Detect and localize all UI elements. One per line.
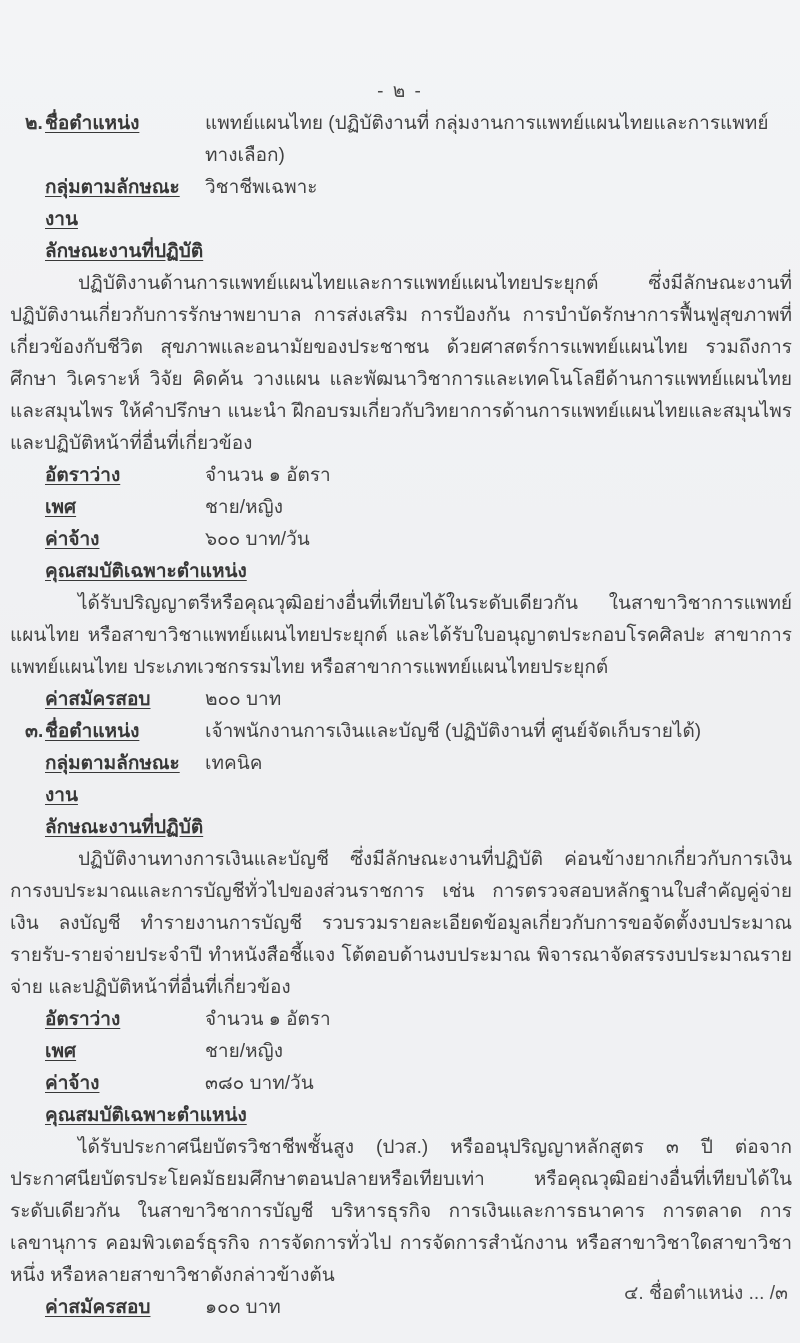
duties-label: ลักษณะงานที่ปฏิบัติ <box>45 236 205 268</box>
qualifications-heading-row: คุณสมบัติเฉพาะตำแหน่ง <box>0 556 800 588</box>
section-number: ๓. <box>25 716 45 748</box>
vacancy-value: จำนวน ๑ อัตรา <box>205 460 792 492</box>
wage-value: ๖๐๐ บาท/วัน <box>205 524 792 556</box>
qualifications-paragraph: ได้รับปริญญาตรีหรือคุณวุฒิอย่างอื่นที่เท… <box>10 588 792 684</box>
duties-label: ลักษณะงานที่ปฏิบัติ <box>45 812 205 844</box>
group-row: กลุ่มตามลักษณะงาน เทคนิค <box>0 748 800 812</box>
vacancy-label: อัตราว่าง <box>45 1004 205 1036</box>
position-section-2: ๒. ชื่อตำแหน่ง แพทย์แผนไทย (ปฏิบัติงานที… <box>0 108 800 716</box>
vacancy-label: อัตราว่าง <box>45 460 205 492</box>
duties-heading-row: ลักษณะงานที่ปฏิบัติ <box>0 236 800 268</box>
qualifications-paragraph: ได้รับประกาศนียบัตรวิชาชีพชั้นสูง (ปวส.)… <box>10 1132 792 1292</box>
position-label: ชื่อตำแหน่ง <box>45 716 205 748</box>
position-row: ๓. ชื่อตำแหน่ง เจ้าพนักงานการเงินและบัญช… <box>0 716 800 748</box>
exam-fee-value: ๒๐๐ บาท <box>205 684 792 716</box>
position-value: เจ้าพนักงานการเงินและบัญชี (ปฏิบัติงานที… <box>205 716 792 748</box>
duties-paragraph: ปฏิบัติงานทางการเงินและบัญชี ซึ่งมีลักษณ… <box>10 844 792 1004</box>
duties-paragraph: ปฏิบัติงานด้านการแพทย์แผนไทยและการแพทย์แ… <box>10 268 792 460</box>
gender-value: ชาย/หญิง <box>205 492 792 524</box>
duties-heading-row: ลักษณะงานที่ปฏิบัติ <box>0 812 800 844</box>
wage-row: ค่าจ้าง ๓๘๐ บาท/วัน <box>0 1068 800 1100</box>
wage-label: ค่าจ้าง <box>45 524 205 556</box>
qualifications-label: คุณสมบัติเฉพาะตำแหน่ง <box>45 556 247 588</box>
group-value: เทคนิค <box>205 748 792 780</box>
position-section-3: ๓. ชื่อตำแหน่ง เจ้าพนักงานการเงินและบัญช… <box>0 716 800 1324</box>
gender-value: ชาย/หญิง <box>205 1036 792 1068</box>
group-value: วิชาชีพเฉพาะ <box>205 172 792 204</box>
page-number: - ๒ - <box>0 76 800 108</box>
wage-label: ค่าจ้าง <box>45 1068 205 1100</box>
vacancy-value: จำนวน ๑ อัตรา <box>205 1004 792 1036</box>
continuation-note: ๔. ชื่อตำแหน่ง ... /๓ <box>624 1278 788 1310</box>
qualifications-label: คุณสมบัติเฉพาะตำแหน่ง <box>45 1100 247 1132</box>
gender-row: เพศ ชาย/หญิง <box>0 492 800 524</box>
vacancy-row: อัตราว่าง จำนวน ๑ อัตรา <box>0 1004 800 1036</box>
gender-label: เพศ <box>45 1036 205 1068</box>
qualifications-heading-row: คุณสมบัติเฉพาะตำแหน่ง <box>0 1100 800 1132</box>
gender-row: เพศ ชาย/หญิง <box>0 1036 800 1068</box>
position-row: ๒. ชื่อตำแหน่ง แพทย์แผนไทย (ปฏิบัติงานที… <box>0 108 800 172</box>
gender-label: เพศ <box>45 492 205 524</box>
group-label: กลุ่มตามลักษณะงาน <box>45 172 205 236</box>
wage-value: ๓๘๐ บาท/วัน <box>205 1068 792 1100</box>
position-value: แพทย์แผนไทย (ปฏิบัติงานที่ กลุ่มงานการแพ… <box>205 108 792 172</box>
position-label: ชื่อตำแหน่ง <box>45 108 205 140</box>
document-page: - ๒ - ๒. ชื่อตำแหน่ง แพทย์แผนไทย (ปฏิบัต… <box>0 0 800 1343</box>
exam-fee-row: ค่าสมัครสอบ ๒๐๐ บาท <box>0 684 800 716</box>
exam-fee-label: ค่าสมัครสอบ <box>45 684 205 716</box>
vacancy-row: อัตราว่าง จำนวน ๑ อัตรา <box>0 460 800 492</box>
section-number: ๒. <box>25 108 45 140</box>
exam-fee-label: ค่าสมัครสอบ <box>45 1292 205 1324</box>
group-row: กลุ่มตามลักษณะงาน วิชาชีพเฉพาะ <box>0 172 800 236</box>
wage-row: ค่าจ้าง ๖๐๐ บาท/วัน <box>0 524 800 556</box>
group-label: กลุ่มตามลักษณะงาน <box>45 748 205 812</box>
